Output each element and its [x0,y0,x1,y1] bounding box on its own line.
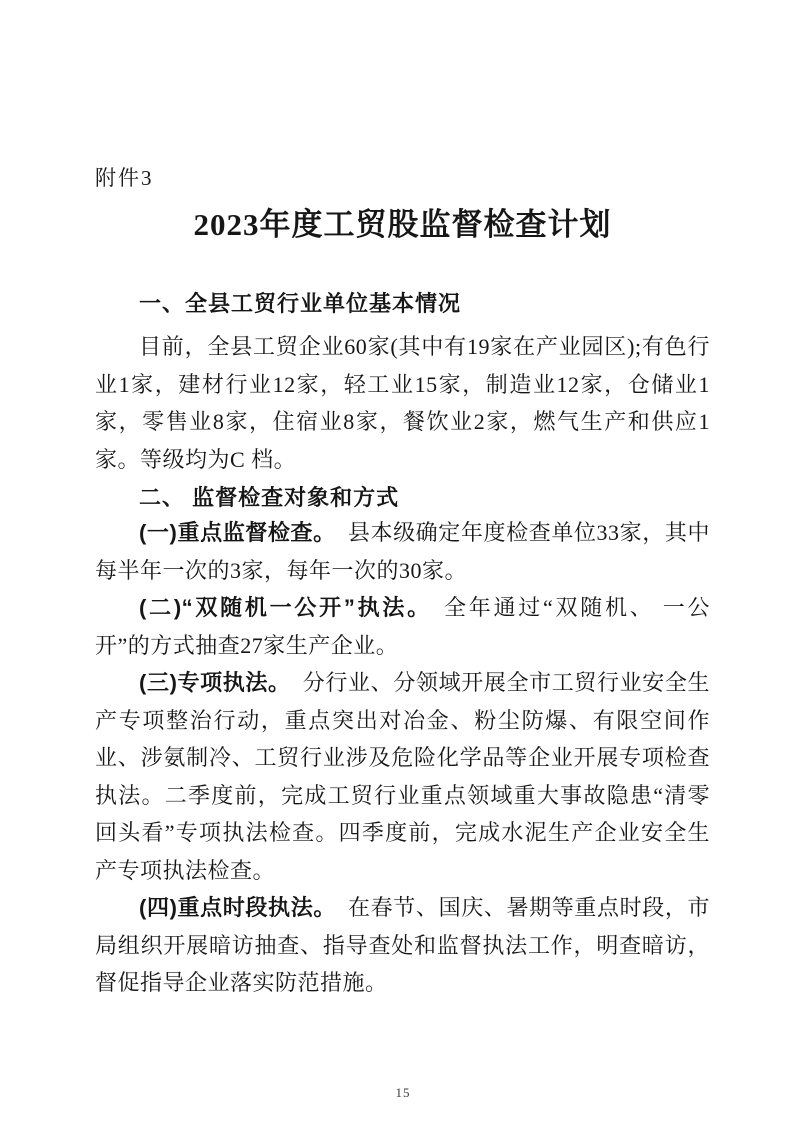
document-page: 附件3 2023年度工贸股监督检查计划 一、全县工贸行业单位基本情况 目前，全县… [0,0,806,1131]
section-2-item-2: (二)“双随机一公开”执法。全年通过“双随机、 一公开”的方式抽查27家生产企业… [95,589,710,664]
document-title: 2023年度工贸股监督检查计划 [95,202,710,248]
section-2-item-4: (四)重点时段执法。在春节、国庆、暑期等重点时段，市局组织开展暗访抽查、指导查处… [95,889,710,1002]
section-2-item-1: (一)重点监督检查。县本级确定年度检查单位33家，其中每半年一次的3家，每年一次… [95,514,710,589]
item-2-label: (二)“双随机一公开”执法。 [139,595,432,620]
item-3-text: 分行业、分领域开展全市工贸行业安全生产专项整治行动，重点突出对冶金、粉尘防爆、有… [95,670,710,883]
section-2-item-3: (三)专项执法。分行业、分领域开展全市工贸行业安全生产专项整治行动，重点突出对冶… [95,664,710,889]
item-1-label: (一)重点监督检查。 [139,520,336,545]
section-1-paragraph: 目前，全县工贸企业60家(其中有19家在产业园区);有色行业1家，建材行业12家… [95,328,710,478]
attachment-label: 附件3 [95,0,710,190]
section-2-heading: 二、 监督检查对象和方式 [95,482,710,514]
page-number: 15 [0,1085,806,1101]
document-content: 附件3 2023年度工贸股监督检查计划 一、全县工贸行业单位基本情况 目前，全县… [0,0,806,1002]
item-3-label: (三)专项执法。 [139,670,291,695]
item-4-label: (四)重点时段执法。 [139,895,336,920]
section-1-heading: 一、全县工贸行业单位基本情况 [95,288,710,320]
